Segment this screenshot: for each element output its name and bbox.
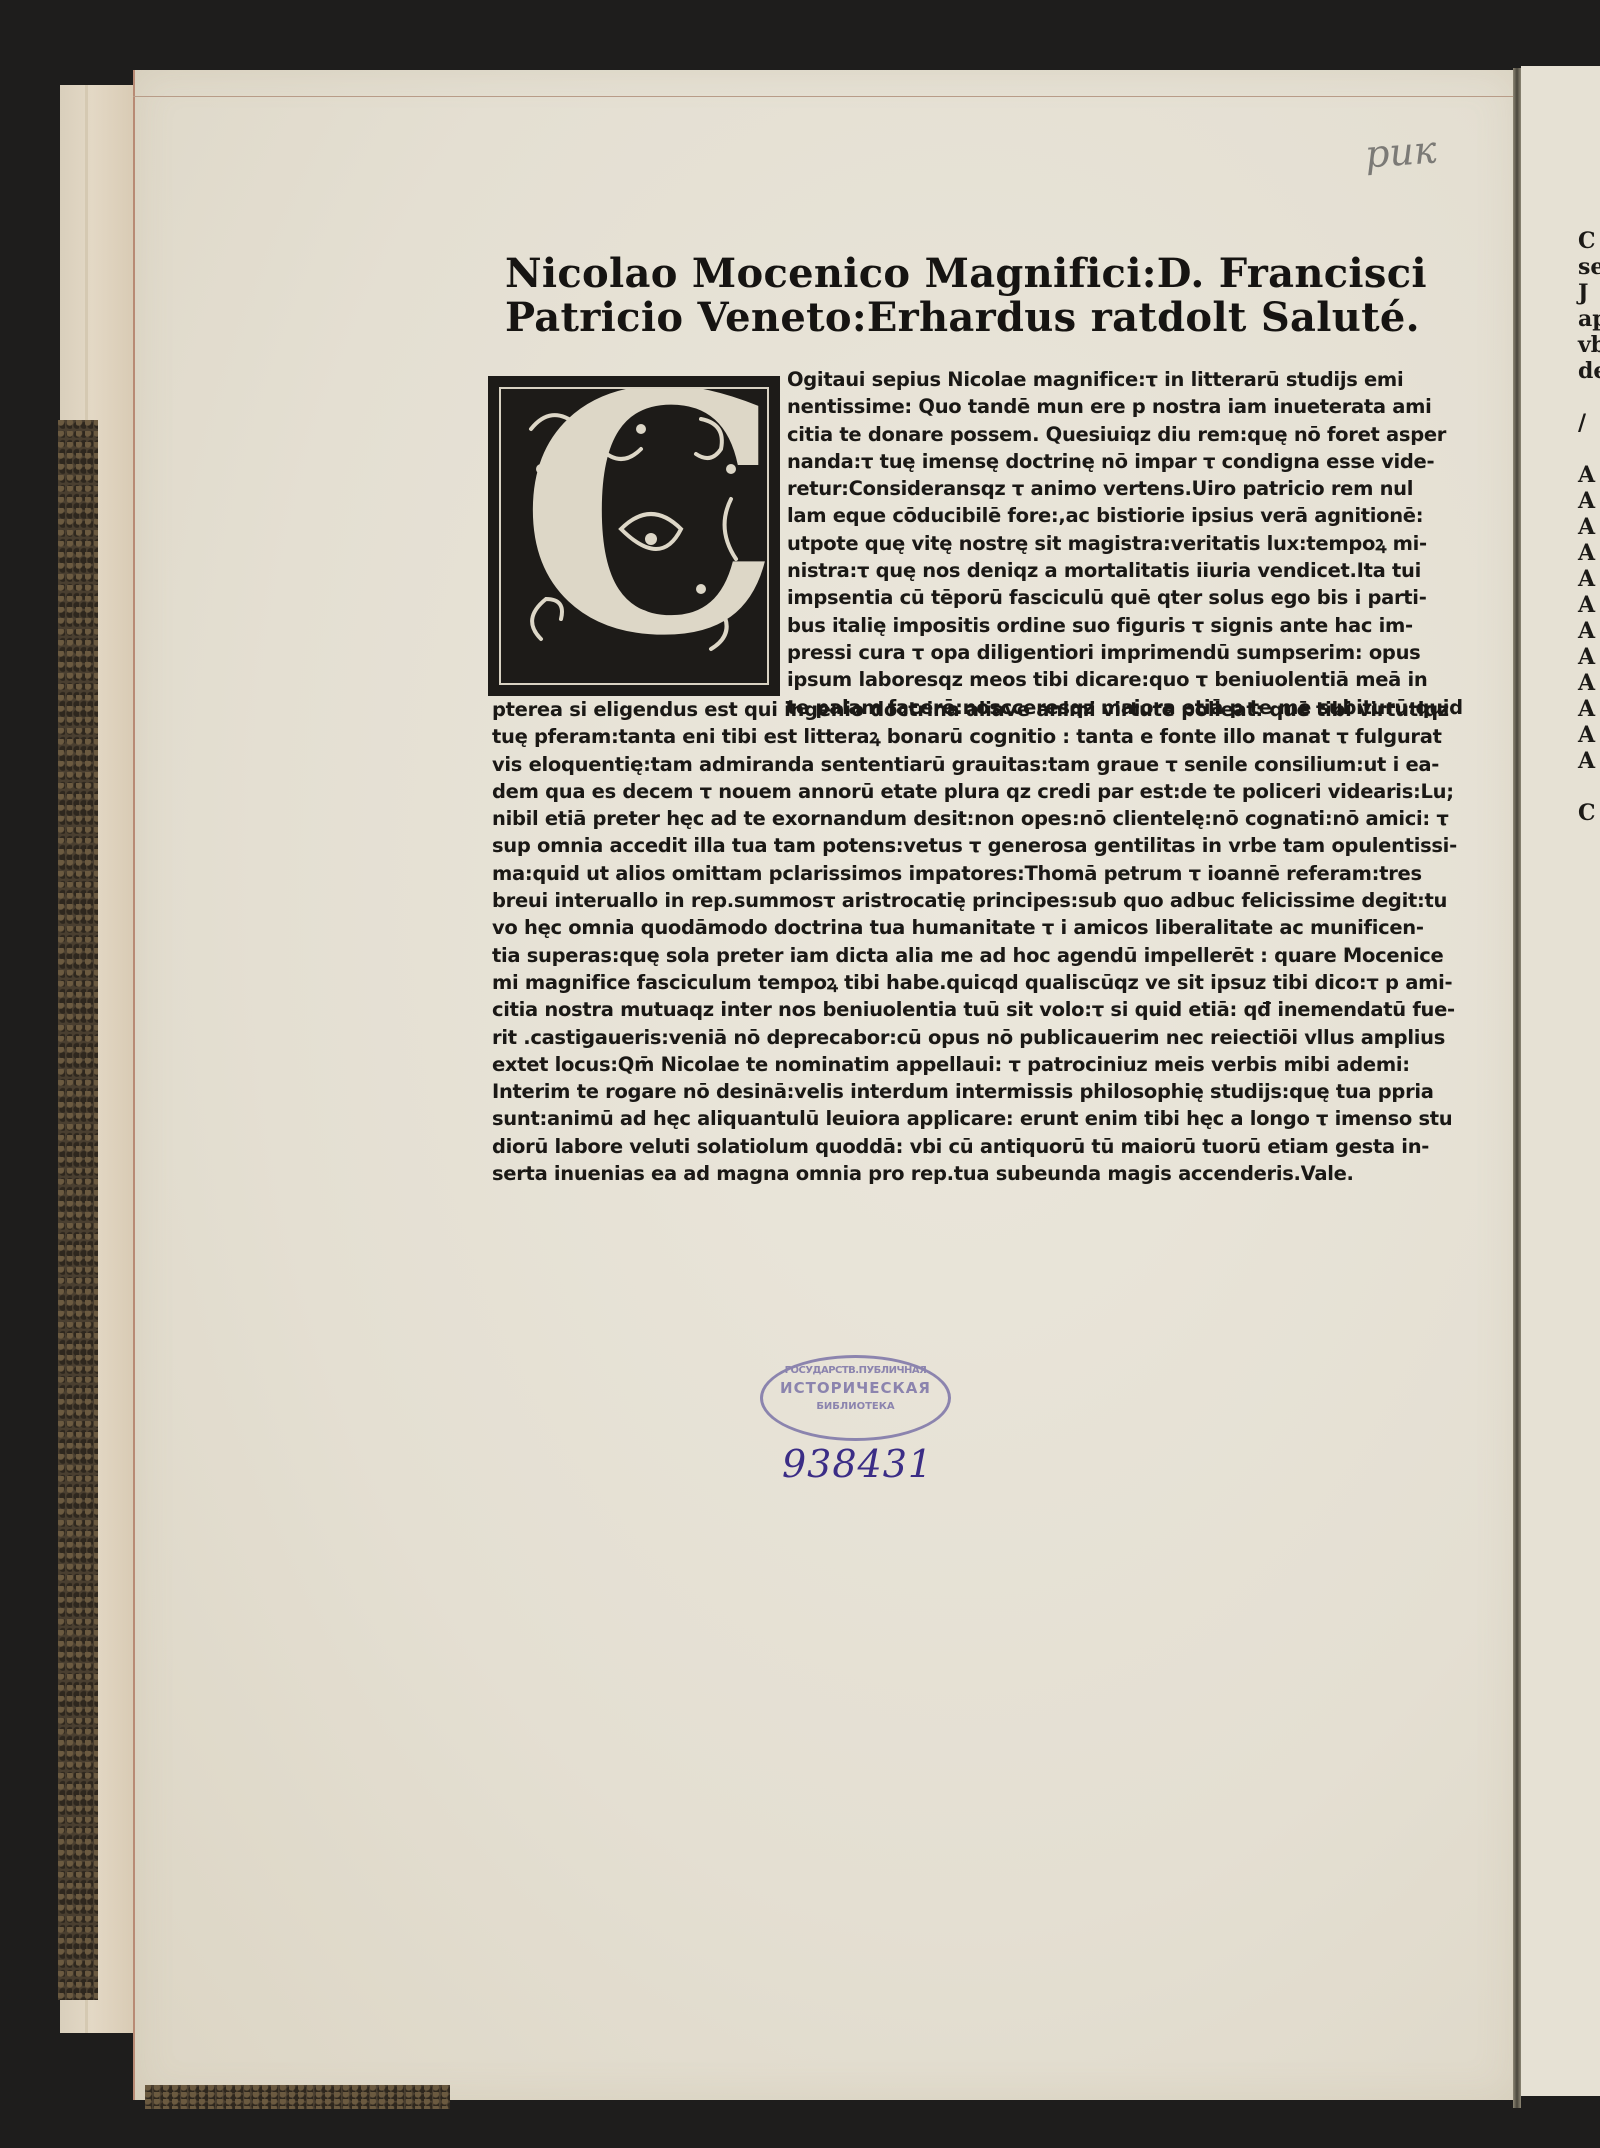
pencil-annotation: рuк [1364, 128, 1438, 177]
text-line: Interim te rogare nō desinā:velis interd… [492, 1078, 1392, 1105]
body-text-beside-initial: Ogitaui sepius Nicolae magnifice:τ in li… [787, 366, 1392, 721]
marbled-cover-edge [58, 420, 98, 2000]
stamp-bottom-text: БИБЛИОТЕКА [763, 1401, 948, 1412]
text-line: extet locus:Qm̄ Nicolae te nominatim app… [492, 1051, 1392, 1078]
text-line: nistra:τ quę nos deniqz a mortalitatis i… [787, 557, 1392, 584]
accession-number: 938431 [782, 1442, 933, 1486]
decorated-initial: C [488, 376, 780, 696]
body-text-full-width: pterea si eligendus est qui ingenio doct… [492, 696, 1392, 1187]
text-line: impsentia cū tēporū fasciculū quē qter s… [787, 584, 1392, 611]
text-line: nanda:τ tuę imensę doctrinę nō impar τ c… [787, 448, 1392, 475]
text-line: tia superas:quę sola preter iam dicta al… [492, 942, 1392, 969]
facing-page-text: C sec J ap vb de / A A A A A A A A A A A… [1578, 228, 1600, 826]
initial-frame: C [499, 387, 769, 685]
heading-line-2: Patricio Veneto:Erhardus ratdolt Saluté. [505, 296, 1385, 340]
stamp-middle-text: ИСТОРИЧЕСКАЯ [763, 1379, 948, 1397]
initial-letter: C [519, 387, 769, 679]
marbled-bottom-edge [145, 2085, 450, 2109]
text-line: citia nostra mutuaqz inter nos beniuolen… [492, 996, 1392, 1023]
text-line: sunt:animū ad hęc aliquantulū leuiora ap… [492, 1105, 1392, 1132]
text-line: sup omnia accedit illa tua tam potens:ve… [492, 832, 1392, 859]
dedication-heading: Nicolao Mocenico Magnifici:D. Francisci … [505, 252, 1385, 340]
text-line: breui interuallo in rep.summosτ aristroc… [492, 887, 1392, 914]
text-line: vo hęc omnia quodāmodo doctrina tua huma… [492, 914, 1392, 941]
text-line: nibil etiā preter hęc ad te exornandum d… [492, 805, 1392, 832]
text-line: pressi cura τ opa diligentiori imprimend… [787, 639, 1392, 666]
text-line: lam eque cōducibilē fore:,ac bistiorie i… [787, 502, 1392, 529]
library-stamp: ГОСУДАРСТВ.ПУБЛИЧНАЯ ИСТОРИЧЕСКАЯ БИБЛИО… [760, 1355, 951, 1441]
text-line: retur:Consideransqz τ animo vertens.Uiro… [787, 475, 1392, 502]
stamp-top-text: ГОСУДАРСТВ.ПУБЛИЧНАЯ [763, 1365, 948, 1376]
text-line: dem qua es decem τ nouem annorū etate pl… [492, 778, 1392, 805]
text-line: citia te donare possem. Quesiuiqz diu re… [787, 421, 1392, 448]
text-line: Ogitaui sepius Nicolae magnifice:τ in li… [787, 366, 1392, 393]
text-line: pterea si eligendus est qui ingenio doct… [492, 696, 1392, 723]
text-line: vis eloquentię:tam admiranda sententiarū… [492, 751, 1392, 778]
book-gutter [1513, 68, 1521, 2108]
text-line: ipsum laboresqz meos tibi dicare:quo τ b… [787, 666, 1392, 693]
heading-line-1: Nicolao Mocenico Magnifici:D. Francisci [505, 252, 1385, 296]
text-line: tuę pferam:tanta eni tibi est litteraꝝ b… [492, 723, 1392, 750]
text-line: nentissime: Quo tandē mun ere p nostra i… [787, 393, 1392, 420]
text-line: mi magnifice fasciculum tempoꝝ tibi habe… [492, 969, 1392, 996]
text-line: diorū labore veluti solatiolum quoddā: v… [492, 1133, 1392, 1160]
text-line: serta inuenias ea ad magna omnia pro rep… [492, 1160, 1392, 1187]
page-ruled-edge [133, 96, 1513, 97]
text-line: rit .castigaueris:veniā nō deprecabor:cū… [492, 1024, 1392, 1051]
text-line: bus italię impositis ordine suo figuris … [787, 612, 1392, 639]
text-line: utpote quę vitę nostrę sit magistra:veri… [787, 530, 1392, 557]
text-line: ma:quid ut alios omittam pclarissimos im… [492, 860, 1392, 887]
